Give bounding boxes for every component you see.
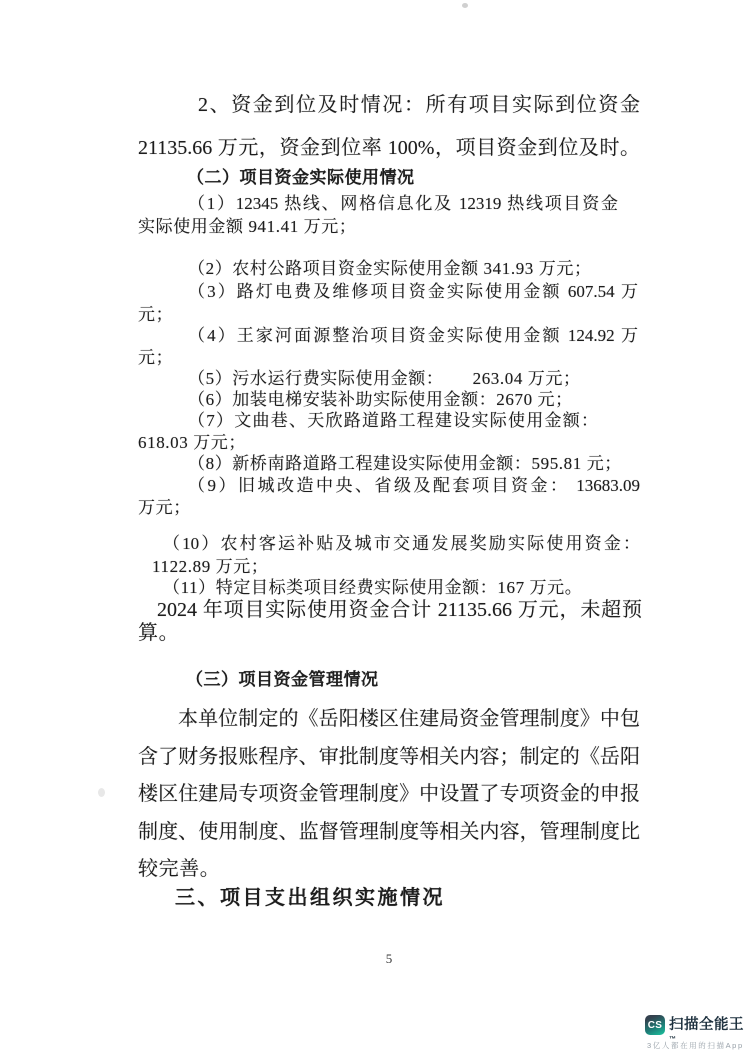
- item-3-line1: （3）路灯电费及维修项目资金实际使用金额 607.54 万: [188, 281, 638, 303]
- camscanner-logo-icon: CS: [645, 1015, 665, 1035]
- para-funds-arrival-line1: 2、资金到位及时情况：所有项目实际到位资金: [198, 92, 640, 118]
- item-5: （5）污水运行费实际使用金额： 263.04 万元；: [188, 368, 581, 390]
- item-4-line1: （4）王家河面源整治项目资金实际使用金额 124.92 万: [188, 325, 638, 347]
- item-9-line2: 万元；: [138, 497, 191, 519]
- para-management-line5: 较完善。: [138, 856, 220, 882]
- item-9-line1: （9）旧城改造中央、省级及配套项目资金： 13683.09: [188, 475, 640, 497]
- heading-chapter-3-implementation: 三、项目支出组织实施情况: [175, 886, 445, 910]
- camscanner-tagline: 3亿人都在用的扫描App: [647, 1040, 744, 1051]
- scanned-document-page: { "doc": { "lines": [ {"text": "2、资金到位及时…: [0, 0, 750, 1061]
- item-1-line2: 实际使用金额 941.41 万元；: [138, 216, 356, 238]
- item-8: （8）新桥南路道路工程建设实际使用金额：595.81 元；: [188, 453, 622, 475]
- item-10-line1: （10）农村客运补贴及城市交通发展奖励实际使用资金：: [163, 533, 640, 555]
- item-4-line2: 元；: [138, 347, 173, 369]
- item-7-line2: 618.03 万元；: [138, 432, 246, 454]
- scan-speck-top: [462, 3, 468, 8]
- camscanner-brand-name: 扫描全能王: [669, 1017, 744, 1033]
- para-management-line2: 含了财务报账程序、审批制度等相关内容；制定的《岳阳: [138, 744, 640, 770]
- para-total-usage-line1: 2024 年项目实际使用资金合计 21135.66 万元，未超预: [157, 597, 642, 623]
- scan-speck-left: [98, 788, 105, 797]
- item-10-line2: 1122.89 万元；: [152, 556, 268, 578]
- item-7-line1: （7）文曲巷、天欣路道路工程建设实际使用金额：: [188, 410, 598, 432]
- heading-section-2-actual-usage: （二）项目资金实际使用情况: [187, 167, 415, 189]
- item-6: （6）加装电梯安装补助实际使用金额：2670 元；: [188, 389, 573, 411]
- item-11: （11）特定目标类项目经费实际使用金额：167 万元。: [163, 577, 582, 599]
- camscanner-brand-text: 扫描全能王™: [669, 1015, 750, 1035]
- para-funds-arrival-line2: 21135.66 万元，资金到位率 100%，项目资金到位及时。: [138, 135, 640, 161]
- item-3-line2: 元；: [138, 304, 173, 326]
- para-management-line4: 制度、使用制度、监督管理制度等相关内容，管理制度比: [138, 819, 640, 845]
- para-management-line1: 本单位制定的《岳阳楼区住建局资金管理制度》中包: [178, 706, 640, 732]
- item-2: （2）农村公路项目资金实际使用金额 341.93 万元；: [188, 258, 592, 280]
- item-1-line1: （1）12345 热线、网格信息化及 12319 热线项目资金: [188, 193, 618, 215]
- page-number: 5: [138, 951, 640, 967]
- para-total-usage-line2: 算。: [138, 620, 179, 646]
- heading-section-3-fund-management: （三）项目资金管理情况: [186, 669, 379, 691]
- camscanner-badge-letters: CS: [648, 1020, 663, 1031]
- para-management-line3: 楼区住建局专项资金管理制度》中设置了专项资金的申报: [138, 781, 640, 807]
